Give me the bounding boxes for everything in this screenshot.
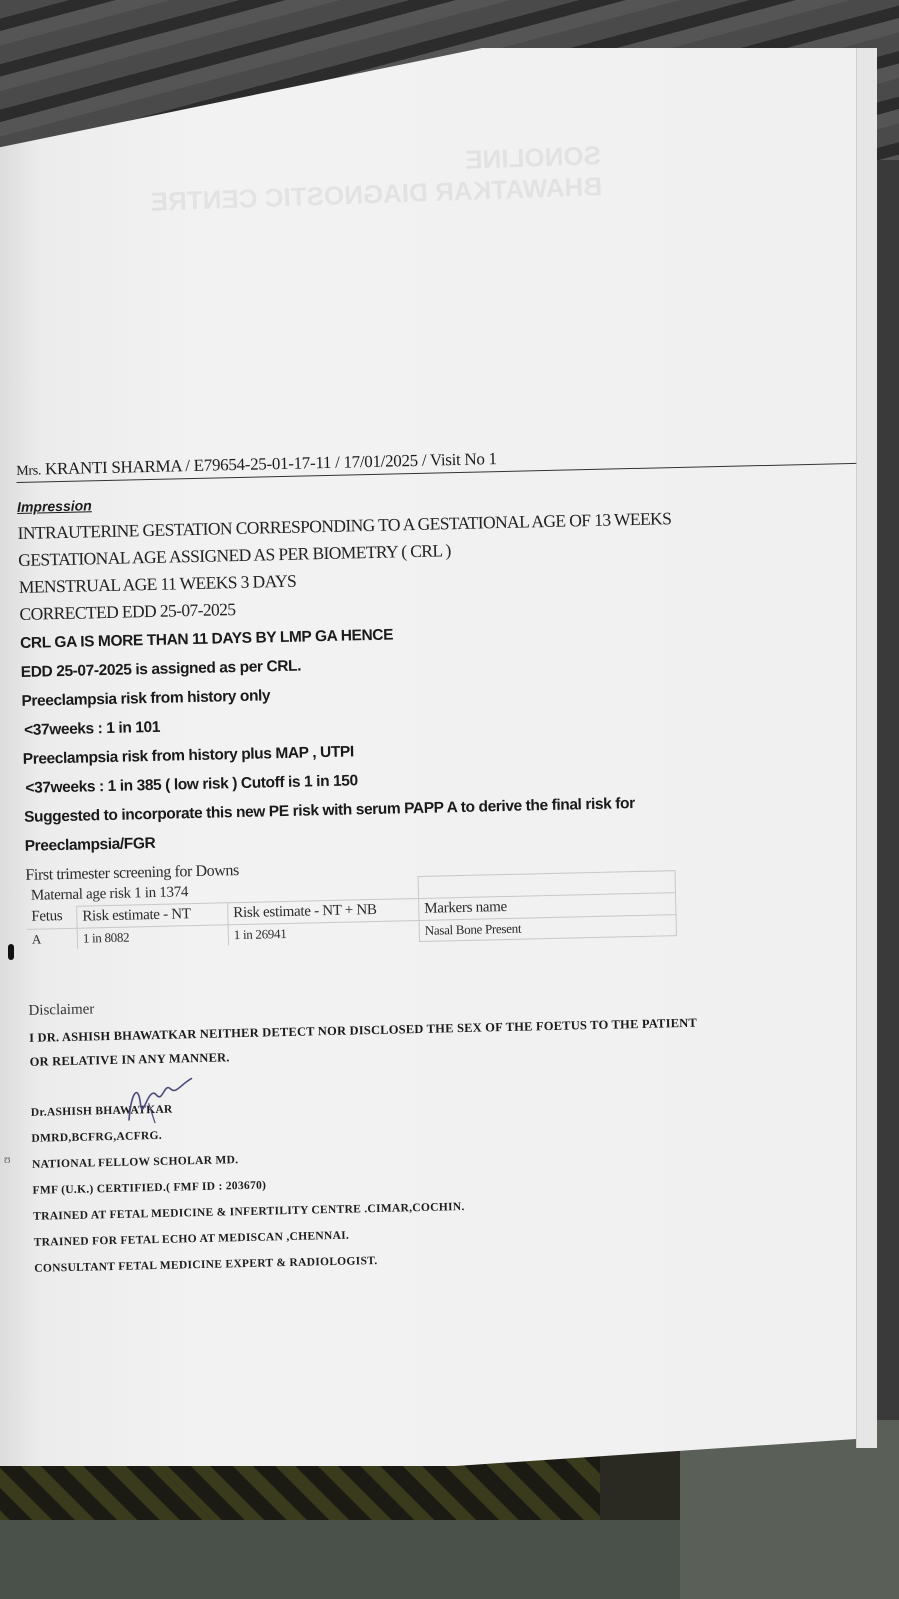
cell-risk-nt: 1 in 8082	[77, 924, 228, 948]
report-content: Mrs. KRANTI SHARMA / E79654-25-01-17-11 …	[16, 440, 894, 1281]
col-fetus: Fetus	[26, 906, 77, 929]
signature-block: Dr.ASHISH BHAWATKAR DMRD,BCFRG,ACFRG. NA…	[31, 1080, 895, 1281]
cell-markers: Nasal Bone Present	[419, 914, 676, 941]
impression-heading: Impression	[17, 497, 92, 515]
salutation: Mrs.	[16, 463, 41, 479]
margin-mark: ʊ	[4, 1152, 11, 1167]
cell-risk-nt-nb: 1 in 26941	[228, 920, 419, 945]
show-through-letterhead: SONOLINE BHAWATKAR DIAGNOSTIC CENTRE	[149, 140, 603, 218]
signature-icon	[118, 1074, 199, 1126]
margin-bullet	[8, 944, 14, 960]
cell-fetus: A	[27, 928, 78, 950]
